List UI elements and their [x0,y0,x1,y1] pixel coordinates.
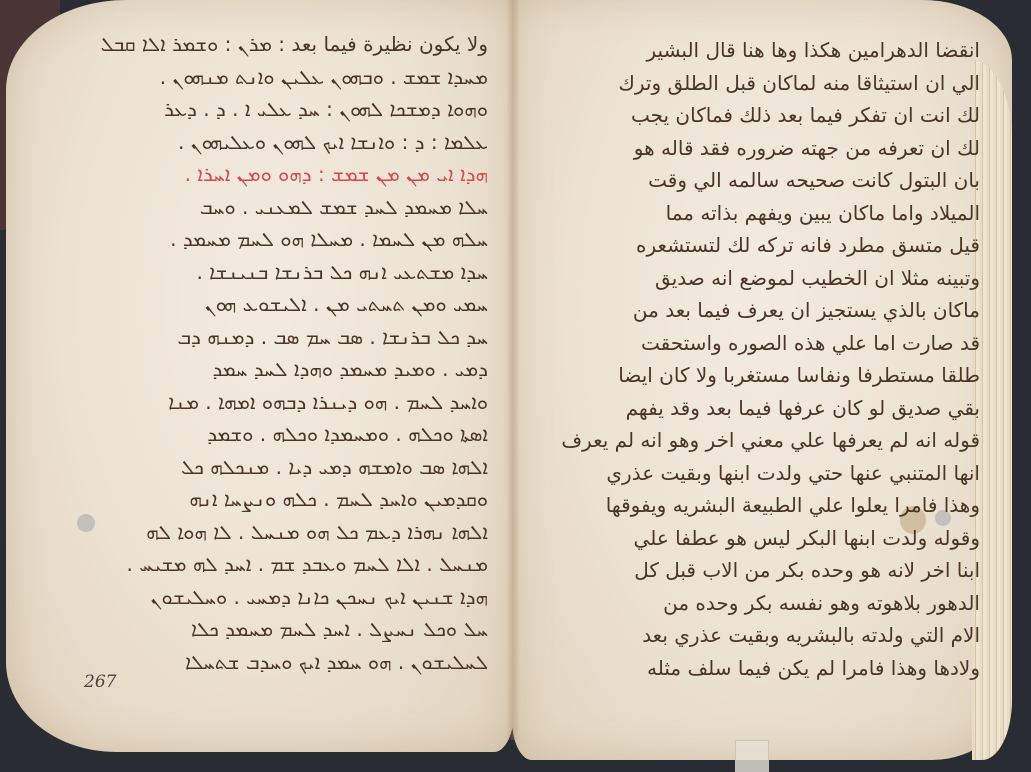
text-line: طلقا مستطرفا ونفاسا مستغربا ولا كان ايضا [534,359,980,392]
text-line: ابنا اخر لانه هو وحده بكر من الاب قبل كل [534,554,980,587]
text-line: ماكان بالذي يستجيز ان يعرف فيما بعد من [534,294,980,327]
text-line: الام التي ولدته بالبشريه وبقيت عذري بعد [534,619,980,652]
left-page-text: ولا يكون نظيرة فيما بعد : ܡܪܢ : ܘܫܡܪ ܐܠܐ… [80,28,488,678]
text-line: ܐܠܗܐ ܢܗܪܐ ܕܥܡ ܟܠ ܗܘ ܡܢܚܠ . ܠܐ ܗܘܐ ܠܗ [80,516,488,549]
text-line: ولادها وهذا فامرا لم يكن فيما سلف مثله [534,652,980,685]
text-line: وتبينه مثلا ان الخطيب لموضع انه صديق [534,262,980,295]
text-line: ܚܠܗ ܡܢ ܠܚܡܐ . ܡܚܠܐ ܗܘ ܠܚܡ ܡܚܡܕ . [80,223,488,256]
text-line: ܘܩܕܡܝܢ ܘܐܚܕ ܠܚܡ . ܟܠܗ ܘܢܨܚܐ ܐܢܗ [80,483,488,516]
text-line: ܚܡܝ ܘܡܢ ܬܚܬܝ ܡܢ . ܐܠܝܫܘܥ ܗܘܢ [80,288,488,321]
text-line: ܚܠ ܘܟܠ ܢܚܨܠ . ܐܚܕ ܠܚܡ ܡܚܡܕ ܟܠܐ [80,613,488,646]
text-line: انها المتنبي عنها حتي ولدت ابنها وبقيت ع… [534,457,980,490]
text-line: انقضا الدهرامين هكذا وها هنا قال البشير [534,34,980,67]
text-line: ܘܗܘܐ ܕܡܫܟܐ ܠܗܘܢ : ܚܕ ܥܠܝ ܐ . ܕ . ܕܥܪ [80,93,488,126]
text-line: لك ان تعرفه من جهته ضروره فقد قاله هو [534,132,980,165]
text-line: لك انت ان تفكر فيما بعد ذلك فماكان يجب [534,99,980,132]
text-line: وهذا فامرا يعلوا علي الطبيعة البشريه ويف… [534,489,980,522]
text-line: قيل متسق مطرد فانه تركه لك لتستشعره [534,229,980,262]
folio-number: 267 [84,672,116,692]
text-line: ܡܢܚܠ . ܐܠܐ ܠܚܡ ܘܥܒܕ ܫܡ . ܐܚܕ ܠܗ ܡܫܝܚ . [80,548,488,581]
text-line: بقي صديق لو كان عرفها فيما بعد وقد يفهم [534,392,980,425]
text-line: بان البتول كانت صحيحه سالمه الي وقت [534,164,980,197]
book-gutter [506,0,520,740]
text-line: ܘܐܚܕ ܠܚܡ . ܗܘ ܕܝܢܪܐ ܕܒܗܘ ܐܡܗܐ . ܡܢܐ [80,386,488,419]
text-line: الي ان استيثاقا منه لماكان قبل الطلق وتر… [534,67,980,100]
text-line: الميلاد واما ماكان يبين ويفهم بذاته مما [534,197,980,230]
text-line: وقوله ولدت ابنها البكر ليس هو عطفا علي [534,522,980,555]
page-tab [735,740,769,772]
text-line: ولا يكون نظيرة فيما بعد : ܡܪܢ : ܘܫܡܪ ܐܠܐ… [80,28,488,61]
text-line: قد صارت اما علي هذه الصوره واستحقت [534,327,980,360]
right-page-text: انقضا الدهرامين هكذا وها هنا قال البشير … [534,34,980,684]
text-line: الدهور بلاهوته وهو نفسه بكر وحده من [534,587,980,620]
text-line: ܗܕܐ ܫܢܝܢ ܐܝܟ ܢܚܟܢ ܟܐܢܐ ܕܡܚܝ . ܘܚܠܝܫܘܢ [80,581,488,614]
text-line: ܚܕ ܟܠ ܒܪܢܫܐ . ܣܒ ܚܡ ܣܒ . ܕܡܢܗ ܕܒ [80,321,488,354]
text-line: ܐܠܗܐ ܣܒ ܘܐܡܫܗ ܕܡܝ ܕܝܐ . ܡܢܟܠܗ ܟܠ [80,451,488,484]
text-line: ܚܠܐ ܡܚܡܕ ܠܚܕ ܫܡܫ ܠܡܥܢܝ . ܘܚܒ [80,191,488,224]
text-line: قوله انه لم يعرفها علي معني اخر وهو انه … [534,424,980,457]
text-line: ܠܚܠܝܫܘܢ . ܗܘ ܚܡܕ ܐܝܟ ܘܚܕܒ ܫܬܚܠܐ [80,646,488,679]
text-line: ܕܡܝ . ܘܡܝܕ ܡܚܡܕ ܘܗܕܐ ܠܚܕ ܚܡܕ [80,353,488,386]
text-line: ܥܠܡܐ : ܕ : ܘܐܢܫܐ ܐܝܟ ܠܗܘܢ ܘܥܠܝܗܘܢ . [80,126,488,159]
text-line: ܚܕܐ ܡܫܬܥܝ ܐܢܗ ܟܠ ܒܪܢܫܐ ܒܢܝܢܫܐ . [80,256,488,289]
text-line: ܡܚܕܐ ܫܡܫ . ܘܒܗܘܢ ܥܠܝܢ ܘܐܢܬ ܡܢܗܘܢ . [80,61,488,94]
rubric-line: ܗܕܐ ܐܝ ܡܢ ܡܢ ܫܡܫ : ܕܗܘ ܘܡܢ ܐܚܪܐ . [80,158,488,191]
text-line: ܐܣܬܐ ܘܟܠܗ . ܘܡܚܡܕܐ ܘܟܠܗ . ܘܫܡܕ [80,418,488,451]
